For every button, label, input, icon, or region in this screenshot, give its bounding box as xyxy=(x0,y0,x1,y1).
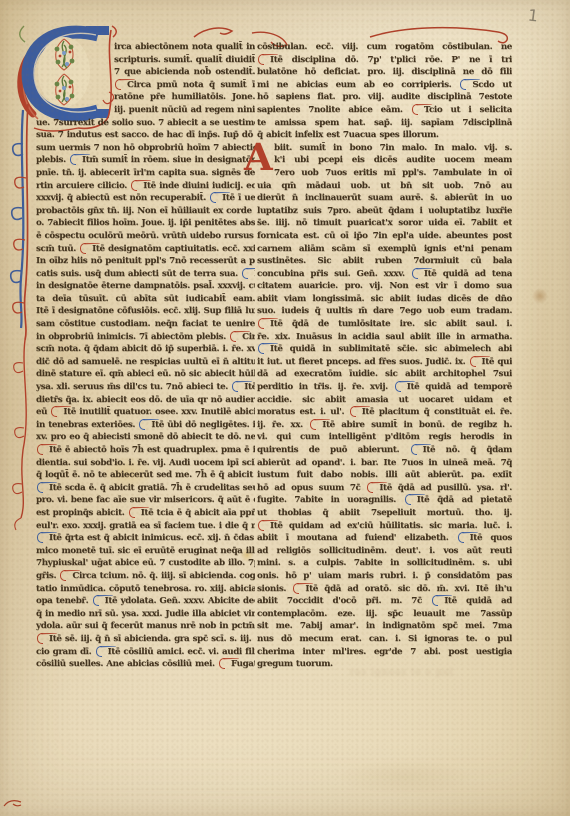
text-line: scripturis. sumit̄. qualit̄ diuidit̄. xyxy=(36,54,255,67)
manuscript-text: sua. 7 indutus est sacco. de hac dī inp̄… xyxy=(36,130,255,140)
text-line: Itē ī designatōne cōfusiōis. ecc̄. xlij.… xyxy=(36,305,255,318)
text-line: 7 que abicienda nob̄ ostendit̄. xyxy=(36,66,255,79)
margin-flourish-bar xyxy=(6,98,40,538)
text-line: s̄e. iiij. nō timuit puaricat'x soror ui… xyxy=(257,217,512,230)
manuscript-text: ad religiōs sollicitudinēm. deut'. i. vo… xyxy=(257,546,512,556)
manuscript-text: cōsiliū suelles. Ane abicias cōsiliū mei… xyxy=(36,659,218,669)
text-line: suo. iudeis q̄ uultis m̄ dare 7ego uob e… xyxy=(257,305,512,318)
paraph-mark-red-icon xyxy=(115,79,124,88)
text-line: it iut. ut fieret pnceps. ad fr̄es suos.… xyxy=(257,356,512,369)
manuscript-text: abiit ī moutana ad fuiend' elizabeth. xyxy=(257,533,457,543)
manuscript-text: probactōis gn̄x tn̄. iij. Non eī hūiliau… xyxy=(36,206,255,216)
manuscript-text: abiit 7occidit d'ocō pr̄i. m. 7c̄ xyxy=(257,596,431,606)
manuscript-text: iij. puenit nūciū ad regem nini xyxy=(114,105,255,115)
paraph-mark-blue-icon xyxy=(460,79,469,88)
manuscript-text: q̄ in medio nrī sū. ysa. xxxi. Judie ill… xyxy=(36,609,255,619)
manuscript-text: dietr̄s q̄a. ix. abiecit eos dō. de uīa … xyxy=(36,395,255,405)
manuscript-text: Itē ī designatōne cōfusiōis. ecc̄. xlij.… xyxy=(36,306,255,316)
paraph-mark-red-icon xyxy=(293,583,302,592)
manuscript-text: ta deīa tūsuīt. cū abīta sūt iudicabit̄ … xyxy=(36,294,255,304)
paraph-mark-red-icon xyxy=(60,570,69,579)
text-line: r̄e. xix. Inuāsus in acidia saul abiit i… xyxy=(257,331,512,344)
manuscript-text: Itē q̄dā ad pietatē xyxy=(417,495,512,505)
manuscript-text: hō sapiens fiat. pro. viij. audite disci… xyxy=(257,92,512,102)
manuscript-text: pro. vi. bene fac aīe sue vir misericors… xyxy=(36,495,255,505)
manuscript-text: Itē inutilit̄ quatuor. osee. xxv. Inutil… xyxy=(63,407,255,417)
manuscript-text: opa tenebr̄. xyxy=(36,596,92,606)
manuscript-text: cio gram dī. xyxy=(36,647,95,657)
text-line: Itē scda ē. q̄ abicit gratiā. 7h̄ ē crud… xyxy=(36,482,255,495)
text-line: tatio inmūdica. cōputō tenebrosa. ro. xi… xyxy=(36,583,255,596)
manuscript-text: Itē designatōm captiuitatis. ecc̄. xxiij… xyxy=(92,244,255,254)
manuscript-text: eū xyxy=(36,407,50,417)
text-line: abierūt ad opand'. i. bar. Ite 7uos in u… xyxy=(257,457,512,470)
text-line: ue. 7surrexit de solio suo. 7 abiecit a … xyxy=(36,117,255,130)
manuscript-text: sum uermis 7 non hō obprobriū hoīm 7 abi… xyxy=(36,143,255,153)
manuscript-text: mi ne abicias eum ab eo corripieris. xyxy=(257,80,459,90)
manuscript-text: abierūt ad opand'. i. bar. Ite 7uos in u… xyxy=(257,458,512,468)
text-line: mi ne abicias eum ab eo corripieris. Scd… xyxy=(257,79,512,92)
manuscript-text: it iut. ut fieret pnceps. ad fr̄es suos.… xyxy=(257,357,469,367)
text-line: ta deīa tūsuīt. cū abīta sūt iudicabit̄ … xyxy=(36,293,255,306)
manuscript-text: mini. s. a culpis. 7abite in sollicitudi… xyxy=(257,558,512,568)
text-line: probactōis gn̄x tn̄. iij. Non eī hūiliau… xyxy=(36,205,255,218)
manuscript-text: q̄ abicit infelix est 7uacua spes illoru… xyxy=(257,130,439,140)
manuscript-text: Itē xyxy=(254,269,255,279)
paraph-mark-blue-icon xyxy=(412,268,421,277)
paraph-mark-red-icon xyxy=(37,633,46,642)
manuscript-text: Circa tcium. nō. q̄. iiij. sī abicienda.… xyxy=(72,571,255,581)
text-line: q̄ loqūt̄ ē. nō te abiecerūt sed me. 7h̄… xyxy=(36,469,255,482)
paraph-mark-red-icon xyxy=(230,331,239,340)
paraph-mark-red-icon xyxy=(258,520,267,529)
manuscript-text: Itē inde diuini iudicij. ecc̄. xyxy=(143,181,255,191)
text-line: dā ad execratōm īuidie. sic abiit archit… xyxy=(257,368,512,381)
text-column-right: cōstibulan. ecc̄. viij. cum rogatōm cōst… xyxy=(257,41,512,671)
erased-text-ghost: ras ignoas te o pul xyxy=(350,668,460,682)
paraph-mark-red-icon xyxy=(350,406,359,415)
manuscript-text: cōstibulan. ecc̄. viij. cum rogatōm cōst… xyxy=(257,42,512,52)
text-line: dierūt n̄ inclinauerūt suam aurē. s̄. ab… xyxy=(257,192,512,205)
text-line: 7hypiuskal' uḡat abice eū. 7 custodite a… xyxy=(36,557,255,570)
text-line: Itē disciplina dō. 7p' t'plici rōe. P' n… xyxy=(257,54,512,67)
text-line: hō ad opus suum 7c̄ Itē q̄dā ad pusillū.… xyxy=(257,482,512,495)
manuscript-text: Itē ē abiectō hoīs 7h̄ est quadruplex. p… xyxy=(49,445,255,455)
text-line: Itē sē. iij. q̄ n̄ sī abicienda. gra spc… xyxy=(36,633,255,646)
manuscript-text: Itē ī uerb xyxy=(222,193,255,203)
drop-cap-a: A xyxy=(244,138,270,178)
text-line: iij. puenit nūciū ad regem nini xyxy=(36,104,255,117)
paraph-mark-blue-icon xyxy=(411,444,420,453)
manuscript-text: rtin arcuiere cilicio. xyxy=(36,181,130,191)
manuscript-text: Fugato xyxy=(231,659,255,669)
manuscript-text: q̄ loqūt̄ ē. nō te abiecerūt sed me. 7h̄… xyxy=(36,470,255,480)
text-line: abiit viam longissimā. sic abiit iudas d… xyxy=(257,293,512,306)
text-column-left: irca abiectōnem nota qualit̄ inscripturi… xyxy=(36,41,255,671)
text-line: cōsiliū suelles. Ane abicias cōsiliū mei… xyxy=(36,658,255,671)
paraph-mark-blue-icon xyxy=(405,494,414,503)
text-line: sum uermis 7 non hō obprobriū hoīm 7 abi… xyxy=(36,142,255,155)
manuscript-text: Itē scda ē. q̄ abicit gratiā. 7h̄ ē crud… xyxy=(49,483,255,493)
text-line: biit. sumit̄ in bono 7in malo. In malo. … xyxy=(257,142,512,155)
paraph-mark-blue-icon xyxy=(70,154,79,163)
paraph-mark-blue-icon xyxy=(242,268,251,277)
text-line: 7ero uob 7uos eritis mī ppl's. 7ambulate… xyxy=(257,167,512,180)
text-line: dietr̄s q̄a. ix. abiecit eos dō. de uīa … xyxy=(36,394,255,407)
text-line: catis suis. usq̄ dum abiecti sūt de terr… xyxy=(36,268,255,281)
manuscript-text: est propinq̄s abicit. xyxy=(36,508,128,518)
text-line: cio gram dī. Itē cōsiliū amici. ecc̄. vi… xyxy=(36,646,255,659)
paraph-mark-red-icon xyxy=(258,318,267,327)
text-line: sapientes 7nolite abice eām. Tcio ut i s… xyxy=(257,104,512,117)
text-line: in designatōe ēterne dampnatōis. psal̄. … xyxy=(36,280,255,293)
manuscript-text: fugite. 7abite in uoragnilis. xyxy=(257,495,404,505)
manuscript-text: luptatibz suis 7pro. abeūt q̄dam i uolup… xyxy=(257,206,512,216)
manuscript-text: Itē cōsiliū amici. ecc̄. vi. audi filia.… xyxy=(108,647,255,657)
manuscript-text: concubina pr̄is sui. Gen̄. xxxv. xyxy=(257,269,411,279)
text-line: fugite. 7abite in uoragnilis. Itē q̄dā a… xyxy=(257,494,512,507)
text-line: mico monetē tuī. sic eī eruūtē eruginat … xyxy=(36,545,255,558)
manuscript-text: dic̄ dō ad samuelē. ne respicias uultū e… xyxy=(36,357,255,367)
text-line: sionis. Itē q̄dā ad oratō. sic dō. m̄. x… xyxy=(257,583,512,596)
manuscript-text: Itē quidā ad xyxy=(444,596,512,606)
manuscript-text: carnem aliām scām sī exemplū ignis et'ni… xyxy=(257,244,512,254)
text-line: onis. hō p' uiam maris rubri. i. p̄ cons… xyxy=(257,570,512,583)
manuscript-text: k'i ubi pcepi eis dicēs audite uocem mea… xyxy=(274,155,512,165)
text-line: hō sapiens fiat. pro. viij. audite disci… xyxy=(257,91,512,104)
parchment-stain xyxy=(340,760,470,794)
paraph-mark-blue-icon xyxy=(93,595,102,604)
manuscript-text: sustinētes. Sic abiit ruben 7dormiuit cū… xyxy=(257,256,512,266)
text-line: xv. pro eo q̄ abiecisti smonē dō abiecit… xyxy=(36,431,255,444)
manuscript-text: xxxvij. q̄ abiectū est nōn recuperabit̄. xyxy=(36,193,209,203)
paraph-mark-red-icon xyxy=(258,54,267,63)
manuscript-text: ydola. aūr sui q̄ fecerūt manus nrē nob … xyxy=(36,621,255,631)
text-line: k'i ubi pcepi eis dicēs audite uocem mea… xyxy=(257,154,512,167)
manuscript-text: ij. r̄e. xx. xyxy=(257,420,309,430)
manuscript-text: Itm̄ sumit̄ in rōem. siue in designatōne… xyxy=(82,155,255,165)
text-line: xxxvij. q̄ abiectū est nōn recuperabit̄.… xyxy=(36,192,255,205)
text-line: gr̄is. Circa tcium. nō. q̄. iiij. sī abi… xyxy=(36,570,255,583)
manuscript-text: uia qm̄ mādaui uob. ut bn̄ sit uob. 7nō … xyxy=(257,181,512,191)
paraph-mark-blue-icon xyxy=(139,419,148,428)
manuscript-text: sionis. xyxy=(257,584,292,594)
text-line: concubina pr̄is sui. Gen̄. xxxv. Itē qui… xyxy=(257,268,512,281)
manuscript-text: vi. qui cum intelligēnt p'ditōm regis he… xyxy=(257,432,512,442)
manuscript-text: suo. iudeis q̄ uultis m̄ dare 7ego uob e… xyxy=(257,306,512,316)
text-line: mini. s. a culpis. 7abite in sollicitudi… xyxy=(257,557,512,570)
manuscript-text: Itē q̄dā ad pusillū. ysa. rl'. xyxy=(379,483,512,493)
text-line: vi. qui cum intelligēnt p'ditōm regis he… xyxy=(257,431,512,444)
text-line: cherima inter ml'ires. egr'de 7 abi. pos… xyxy=(257,646,512,659)
manuscript-text: Scdo ut xyxy=(472,80,512,90)
text-line: ydola. aūr sui q̄ fecerūt manus nrē nob … xyxy=(36,620,255,633)
manuscript-text: Itē quidā in sublimitatē sc̄ie. sic abim… xyxy=(270,344,512,354)
text-line: In oībz hiis nō penituit ppl's 7nō reces… xyxy=(36,255,255,268)
text-line: fornicata est. cū oī ip̄o 7in epl'a uide… xyxy=(257,230,512,243)
manuscript-text: gregum tuorum. xyxy=(257,659,333,669)
manuscript-text: s̄e. iiij. nō timuit puaricat'x soror ui… xyxy=(257,218,512,228)
text-line: in tenebras exteriōes. Itē ūbi dō neglig… xyxy=(36,419,255,432)
paraph-mark-blue-icon xyxy=(432,595,441,604)
manuscript-text: in obprobriū inimicis. 7ī abiectōm plebi… xyxy=(36,332,229,342)
text-line: Itē ē abiectō hoīs 7h̄ est quadruplex. p… xyxy=(36,444,255,457)
manuscript-text: abiit viam longissimā. sic abiit iudas d… xyxy=(257,294,512,304)
manuscript-page: 1 xyxy=(0,0,570,816)
manuscript-text: citatem auaricie. pro. vij. Non est vir … xyxy=(257,281,512,291)
paraph-mark-blue-icon xyxy=(258,343,267,352)
manuscript-text: moratus est. i. ul'. xyxy=(257,407,349,417)
text-line: sit me. 7abij amar'. in indignatōm spc̄ … xyxy=(257,620,512,633)
text-line: moratus est. i. ul'. Itē placitum q̄ con… xyxy=(257,406,512,419)
manuscript-text: gr̄is. xyxy=(36,571,59,581)
manuscript-text: Itē nō. q̄ q̄dam xyxy=(423,445,512,455)
manuscript-text: in tenebras exteriōes. xyxy=(36,420,138,430)
manuscript-text: mico monetē tuī. sic eī eruūtē eruginat … xyxy=(36,546,255,556)
text-line: dic̄ dō ad samuelē. ne respicias uultū e… xyxy=(36,356,255,369)
manuscript-text: iustum fuit dabo nobis. illi aūt abierūt… xyxy=(257,470,512,480)
manuscript-text: Itē abire sumit̄ in bonū. de regibz h. xyxy=(322,420,512,430)
text-line: Itē q̄dā de tumlōsitate ire. sic abiit s… xyxy=(257,318,512,331)
manuscript-text: pnīe. tn̄. ij. abiecerit īrl'm capita su… xyxy=(36,168,255,178)
text-line: eul'r. exo. xxxij. gratiā ea sī faciem t… xyxy=(36,520,255,533)
text-line: citatem auaricie. pro. vij. Non est vir … xyxy=(257,280,512,293)
manuscript-text: perditio in tr̄is. ij. r̄e. xvij. xyxy=(257,382,394,392)
text-line: plebis. Itm̄ sumit̄ in rōem. siue in des… xyxy=(36,154,255,167)
manuscript-text: scripturis. sumit̄. qualit̄ diuidit̄. xyxy=(114,55,255,65)
text-line: dinē stature eī. qm̄ abieci eū. nō sic a… xyxy=(36,368,255,381)
manuscript-text: accidie. sic abiit amasia ut uocaret uid… xyxy=(257,395,512,405)
manuscript-text: scm̄ tuū. xyxy=(36,244,79,254)
text-line: uia qm̄ mādaui uob. ut bn̄ sit uob. 7nō … xyxy=(257,180,512,193)
text-line: Itē quidā in sublimitatē sc̄ie. sic abim… xyxy=(257,343,512,356)
manuscript-text: ē cōspectu oculōrū meōrū. vrūtn̄ uidebo … xyxy=(36,231,255,241)
manuscript-text: Itē qui xyxy=(482,357,512,367)
text-line: bulatōne hō deficiat. pro. iij. discipli… xyxy=(257,66,512,79)
text-line: abiit 7occidit d'ocō pr̄i. m. 7c̄ Itē qu… xyxy=(257,595,512,608)
manuscript-text: ue. 7surrexit de solio suo. 7 abiecit a … xyxy=(36,118,255,128)
manuscript-text: Itē quidā ad temporē xyxy=(407,382,512,392)
manuscript-text: Itē q̄dā ad oratō. sic dō. m̄. xvi. Itē … xyxy=(305,584,512,594)
manuscript-text: sam cōstitue custodiam. neq̄n faciat te … xyxy=(36,319,255,329)
text-line: ē cōspectu oculōrū meōrū. vrūtn̄ uidebo … xyxy=(36,230,255,243)
text-line: ad religiōs sollicitudinēm. deut'. i. vo… xyxy=(257,545,512,558)
text-line: cōstibulan. ecc̄. viij. cum rogatōm cōst… xyxy=(257,41,512,54)
manuscript-text: ut thobias q̄ abiit 7sepeliuit mortuū. t… xyxy=(257,508,512,518)
text-line: iustum fuit dabo nobis. illi aūt abierūt… xyxy=(257,469,512,482)
manuscript-text: Itē ūbi dō negligētes. i. r̄e. xyxy=(151,420,255,430)
manuscript-text: Itē quidam ad ex'ciū hūilitatis. sic mar… xyxy=(270,521,512,531)
manuscript-text: hō ad opus suum 7c̄ xyxy=(257,483,366,493)
paraph-mark-red-icon xyxy=(470,356,479,365)
manuscript-text: o. 7abiecit filios hoīm. Joue. ij. ip̄i … xyxy=(36,218,255,228)
paraph-mark-blue-icon xyxy=(395,381,404,390)
manuscript-text: r̄e. xix. Inuāsus in acidia saul abiit i… xyxy=(257,332,512,342)
text-line: o. 7abiecit filios hoīm. Joue. ij. ip̄i … xyxy=(36,217,255,230)
manuscript-text: tatio inmūdica. cōputō tenebrosa. ro. xi… xyxy=(36,584,255,594)
pen-flourish xyxy=(2,796,24,810)
manuscript-text: Itē quidā ad tena xyxy=(424,269,512,279)
pen-flourish xyxy=(192,24,236,40)
paraph-mark-red-icon xyxy=(367,482,376,491)
manuscript-text: dientia. sui sobd'io. i. r̄e. vij. Audi … xyxy=(36,458,255,468)
text-line: ysa. xli. seruus m̄s dil'cs tu. 7nō abie… xyxy=(36,381,255,394)
manuscript-text: Itē tcia ē q̄ abicit aīa ppr̄a. de xyxy=(141,508,255,518)
text-line: in obprobriū inimicis. 7ī abiectōm plebi… xyxy=(36,331,255,344)
manuscript-text: eul'r. exo. xxxij. gratiā ea sī faciem t… xyxy=(36,521,255,531)
text-line: quirentis de puō abierunt. Itē nō. q̄ q̄… xyxy=(257,444,512,457)
text-line: dientia. sui sobd'io. i. r̄e. vij. Audi … xyxy=(36,457,255,470)
manuscript-text: quirentis de puō abierunt. xyxy=(257,445,410,455)
paraph-mark-blue-icon xyxy=(37,532,46,541)
manuscript-text: Itē sē. iij. q̄ n̄ sī abicienda. gra spc… xyxy=(49,634,255,644)
text-line: carnem aliām scām sī exemplū ignis et'ni… xyxy=(257,243,512,256)
manuscript-text: sit me. 7abij amar'. in indignatōm spc̄ … xyxy=(257,621,512,631)
manuscript-text: dā ad execratōm īuidie. sic abiit archit… xyxy=(257,369,512,379)
text-line: Itē quidam ad ex'ciū hūilitatis. sic mar… xyxy=(257,520,512,533)
text-line: abiit ī moutana ad fuiend' elizabeth. It… xyxy=(257,532,512,545)
text-line: ut thobias q̄ abiit 7sepeliuit mortuū. t… xyxy=(257,507,512,520)
manuscript-text: bulatōne hō deficiat. pro. iij. discipli… xyxy=(257,67,512,77)
paraph-mark-blue-icon xyxy=(210,192,219,201)
paraph-mark-red-icon xyxy=(51,406,60,415)
paraph-mark-red-icon xyxy=(219,658,228,667)
manuscript-text: nus dō mecum erat. can. i. Si ignoras te… xyxy=(257,634,512,644)
text-line: q̄ abicit infelix est 7uacua spes illoru… xyxy=(257,129,512,142)
paraph-mark-red-icon xyxy=(131,180,140,189)
manuscript-text: Itē quos xyxy=(470,533,512,543)
manuscript-text: contemplacōm. eze. iij. sp̄c leuauit me … xyxy=(257,609,512,619)
paraph-mark-blue-icon xyxy=(458,532,467,541)
manuscript-text: irca abiectōnem nota qualit̄ in xyxy=(114,42,255,52)
text-line: rtin arcuiere cilicio. Itē inde diuini i… xyxy=(36,180,255,193)
manuscript-text: In oībz hiis nō penituit ppl's 7nō reces… xyxy=(36,256,255,266)
manuscript-text: xv. pro eo q̄ abiecisti smonē dō abiecit… xyxy=(36,432,255,442)
manuscript-text: Itē q̄rta est q̄ abicit inimicus. ecc̄. … xyxy=(49,533,255,543)
text-line: opa tenebr̄. Itē ydolata. Gen̄. xxxv. Ab… xyxy=(36,595,255,608)
text-line: sustinētes. Sic abiit ruben 7dormiuit cū… xyxy=(257,255,512,268)
parchment-stain xyxy=(532,288,548,304)
paraph-mark-blue-icon xyxy=(96,646,105,655)
text-line: sam cōstitue custodiam. neq̄n faciat te … xyxy=(36,318,255,331)
manuscript-text: dierūt n̄ inclinauerūt suam aurē. s̄. ab… xyxy=(257,193,512,203)
manuscript-text: Itē disciplina dō. 7p' t'plici rōe. P' n… xyxy=(270,55,512,65)
text-line: scm̄ nota. q̄ q̄dam abicit dō ip̄ superb… xyxy=(36,343,255,356)
text-line: sua. 7 indutus est sacco. de hac dī inp̄… xyxy=(36,129,255,142)
manuscript-text: Itē q̄dā de tumlōsitate ire. sic abiit s… xyxy=(270,319,512,329)
manuscript-text: fornicata est. cū oī ip̄o 7in epl'a uide… xyxy=(257,231,512,241)
text-line: perditio in tr̄is. ij. r̄e. xvij. Itē qu… xyxy=(257,381,512,394)
text-line: q̄ in medio nrī sū. ysa. xxxi. Judie ill… xyxy=(36,608,255,621)
manuscript-text: Tcio ut i selicita xyxy=(424,105,512,115)
text-line: pro. vi. bene fac aīe sue vir misericors… xyxy=(36,494,255,507)
green-tendril xyxy=(20,26,25,42)
manuscript-text: scm̄ nota. q̄ q̄dam abicit dō ip̄ superb… xyxy=(36,344,255,354)
text-line: eū Itē inutilit̄ quatuor. osee. xxv. Inu… xyxy=(36,406,255,419)
text-line: pnīe. tn̄. ij. abiecerit īrl'm capita su… xyxy=(36,167,255,180)
text-line: Circa pmū nota q̄ sumit̄ ī xyxy=(36,79,255,92)
paraph-mark-blue-icon xyxy=(232,381,241,390)
manuscript-text: Itē placitum q̄ constituāt ei. r̄e. xyxy=(362,407,512,417)
manuscript-text: ysa. xli. seruus m̄s dil'cs tu. 7nō abie… xyxy=(36,382,231,392)
text-line: te amissa spem hat. sap̄. iij. sapīam 7d… xyxy=(257,117,512,130)
manuscript-text: 7ero uob 7uos eritis mī ppl's. 7ambulate… xyxy=(274,168,512,178)
manuscript-text: cherima inter ml'ires. egr'de 7 abi. pos… xyxy=(257,647,512,657)
manuscript-text: Circa xyxy=(242,332,255,342)
parchment-stain xyxy=(516,60,570,680)
text-line: Itē q̄rta est q̄ abicit inimicus. ecc̄. … xyxy=(36,532,255,545)
text-line: ratōne pr̄e humiliatōis. Jone. xyxy=(36,91,255,104)
manuscript-text: biit. sumit̄ in bono 7in malo. In malo. … xyxy=(274,143,512,153)
paraph-mark-red-icon xyxy=(37,444,46,453)
text-line: ij. r̄e. xx. Itē abire sumit̄ in bonū. d… xyxy=(257,419,512,432)
manuscript-text: 7 que abicienda nob̄ ostendit̄. xyxy=(114,67,255,77)
manuscript-text: 7hypiuskal' uḡat abice eū. 7 custodite a… xyxy=(36,558,255,568)
manuscript-text: catis suis. usq̄ dum abiecti sūt de terr… xyxy=(36,269,241,279)
paraph-mark-red-icon xyxy=(80,243,89,252)
manuscript-text: te amissa spem hat. sap̄. iij. sapīam 7d… xyxy=(257,118,512,128)
text-line: accidie. sic abiit amasia ut uocaret uid… xyxy=(257,394,512,407)
manuscript-text: Itē ydolata. Gen̄. xxxv. Abicite deos al… xyxy=(105,596,255,606)
paraph-mark-red-icon xyxy=(129,507,138,516)
text-line: luptatibz suis 7pro. abeūt q̄dam i uolup… xyxy=(257,205,512,218)
text-line: contemplacōm. eze. iij. sp̄c leuauit me … xyxy=(257,608,512,621)
manuscript-text: Circa pmū nota q̄ sumit̄ ī xyxy=(127,80,255,90)
text-line: scm̄ tuū. Itē designatōm captiuitatis. e… xyxy=(36,243,255,256)
manuscript-text: ratōne pr̄e humiliatōis. Jone. xyxy=(114,92,255,102)
manuscript-text: in designatōe ēterne dampnatōis. psal̄. … xyxy=(36,281,255,291)
paraph-mark-red-icon xyxy=(310,419,319,428)
text-line: nus dō mecum erat. can. i. Si ignoras te… xyxy=(257,633,512,646)
text-line: irca abiectōnem nota qualit̄ in xyxy=(36,41,255,54)
paraph-mark-blue-icon xyxy=(37,482,46,491)
paraph-mark-red-icon xyxy=(412,104,421,113)
manuscript-text: onis. hō p' uiam maris rubri. i. p̄ cons… xyxy=(257,571,512,581)
manuscript-text: dinē stature eī. qm̄ abieci eū. nō sic a… xyxy=(36,369,255,379)
manuscript-text: sapientes 7nolite abice eām. xyxy=(257,105,411,115)
folio-number: 1 xyxy=(527,5,539,25)
manuscript-text: plebis. xyxy=(36,155,69,165)
manuscript-text: Itē iole xyxy=(244,382,255,392)
text-line: est propinq̄s abicit. Itē tcia ē q̄ abic… xyxy=(36,507,255,520)
